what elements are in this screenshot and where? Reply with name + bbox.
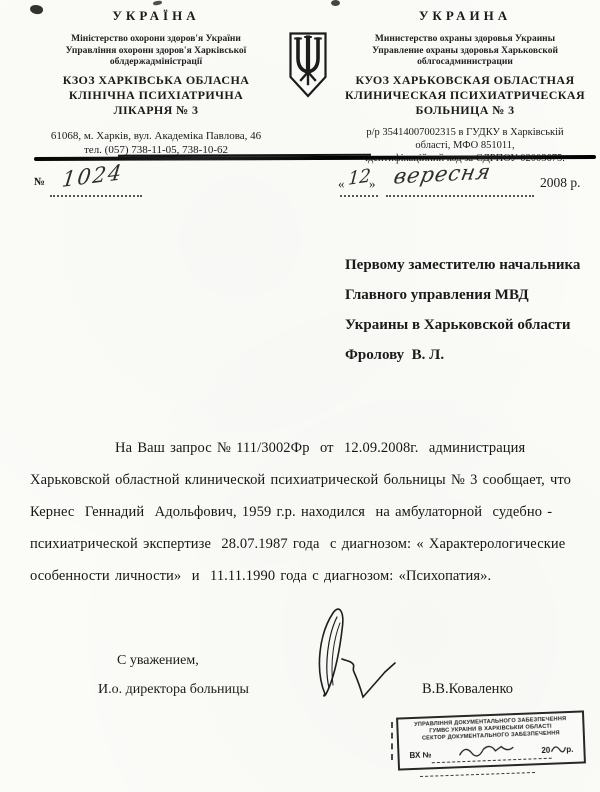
handwritten-day: 12 xyxy=(347,165,371,190)
hospital-address: 61068, м. Харків, вул. Академіка Павлова… xyxy=(32,129,280,157)
letter-body: На Ваш запрос № 111/3002Фр от 12.09.2008… xyxy=(30,432,595,592)
ministry-line: Министерство охраны здоровья Украины xyxy=(336,34,594,46)
scan-smudge xyxy=(331,0,340,6)
ministry-line: Управління охорони здоров'я Харківської xyxy=(32,46,280,58)
letterhead-russian: УКРАИНА Министерство охраны здоровья Укр… xyxy=(336,8,594,165)
ministry-line: облдержадміністрації xyxy=(32,57,280,69)
handwritten-month: вересня xyxy=(392,159,494,188)
body-line: На Ваш запрос № 111/3002Фр от 12.09.2008… xyxy=(30,432,595,464)
handwritten-signature xyxy=(310,602,405,702)
addressee-line: Фролову В. Л. xyxy=(345,340,580,370)
ministry-lines-uk: Міністерство охорони здоров'я України Уп… xyxy=(32,34,280,69)
day-underline xyxy=(340,195,378,197)
address-line: 61068, м. Харків, вул. Академіка Павлова… xyxy=(32,129,280,143)
org-line: КЛИНИЧЕСКАЯ ПСИХИАТРИЧЕСКАЯ xyxy=(336,88,594,103)
bank-line: р/р 35414007002315 в ГУДКУ в Харківській xyxy=(336,126,594,139)
country-title-uk: УКРАЇНА xyxy=(32,8,280,24)
scanned-letter-page: УКРАЇНА Міністерство охорони здоров'я Ук… xyxy=(0,0,600,792)
addressee-block: Первому заместителю начальника Главного … xyxy=(345,250,580,370)
bank-line: області, МФО 851011, xyxy=(336,139,594,152)
addressee-line: Первому заместителю начальника xyxy=(345,250,580,280)
printed-year: 2008 р. xyxy=(540,175,581,191)
handwritten-reference-number: 1024 xyxy=(61,160,125,192)
ministry-line: Міністерство охорони здоров'я України xyxy=(32,34,280,46)
ministry-lines-ru: Министерство охраны здоровья Украины Упр… xyxy=(336,34,594,69)
reference-number-label: № xyxy=(34,176,45,188)
hospital-name-ru: КУОЗ ХАРЬКОВСКАЯ ОБЛАСТНАЯ КЛИНИЧЕСКАЯ П… xyxy=(336,73,594,118)
ministry-line: Управление охраны здоровья Харьковской xyxy=(336,46,594,58)
body-line: Харьковской областной клинической психиа… xyxy=(30,464,595,496)
org-line: БОЛЬНИЦА № 3 xyxy=(336,103,594,118)
org-line: КЛІНІЧНА ПСИХІАТРИЧНА xyxy=(32,88,280,103)
stamp-year: 20 р. xyxy=(541,743,573,755)
stamp-incoming-label: ВХ № xyxy=(409,750,431,760)
body-line: Кернес Геннадий Адольфович, 1959 г.р. на… xyxy=(30,496,595,528)
org-line: КЗОЗ ХАРКІВСЬКА ОБЛАСНА xyxy=(32,73,280,88)
stamp-lower-dashes xyxy=(420,772,535,777)
org-line: ЛІКАРНЯ № 3 xyxy=(32,103,280,118)
country-title-ru: УКРАИНА xyxy=(336,8,594,24)
hospital-name-uk: КЗОЗ ХАРКІВСЬКА ОБЛАСНА КЛІНІЧНА ПСИХІАТ… xyxy=(32,73,280,118)
addressee-line: Украины в Харьковской области xyxy=(345,310,580,340)
body-line: особенности личности» и 11.11.1990 года … xyxy=(30,560,595,592)
reference-number-underline xyxy=(50,195,142,197)
letterhead-ukrainian: УКРАЇНА Міністерство охорони здоров'я Ук… xyxy=(32,8,280,157)
stamp-incoming-row: ВХ № 20 р. xyxy=(399,739,583,760)
stamp-handwriting-squiggle xyxy=(457,742,515,758)
date-open-quote: « xyxy=(338,176,345,192)
ukraine-trident-emblem xyxy=(287,30,329,102)
incoming-registration-stamp: УПРАВЛІННЯ ДОКУМЕНТАЛЬНОГО ЗАБЕЗПЕЧЕННЯ … xyxy=(396,710,586,770)
body-line: психиатрической экспертизе 28.07.1987 го… xyxy=(30,528,595,560)
scan-smudge xyxy=(153,0,163,6)
signer-name: В.В.Коваленко xyxy=(422,681,513,698)
ministry-line: облгосадминистрации xyxy=(336,57,594,69)
signer-title: И.о. директора больницы xyxy=(98,682,249,698)
org-line: КУОЗ ХАРЬКОВСКАЯ ОБЛАСТНАЯ xyxy=(336,73,594,88)
stamp-edge-marks xyxy=(391,722,393,760)
closing-salutation: С уважением, xyxy=(117,653,199,669)
stamp-year-suffix: р. xyxy=(566,745,573,754)
stamp-year-prefix: 20 xyxy=(541,746,550,755)
addressee-line: Главного управления МВД xyxy=(345,280,580,310)
date-close-quote: » xyxy=(369,176,376,192)
stamp-year-squiggle xyxy=(550,743,566,754)
month-underline xyxy=(386,195,534,197)
